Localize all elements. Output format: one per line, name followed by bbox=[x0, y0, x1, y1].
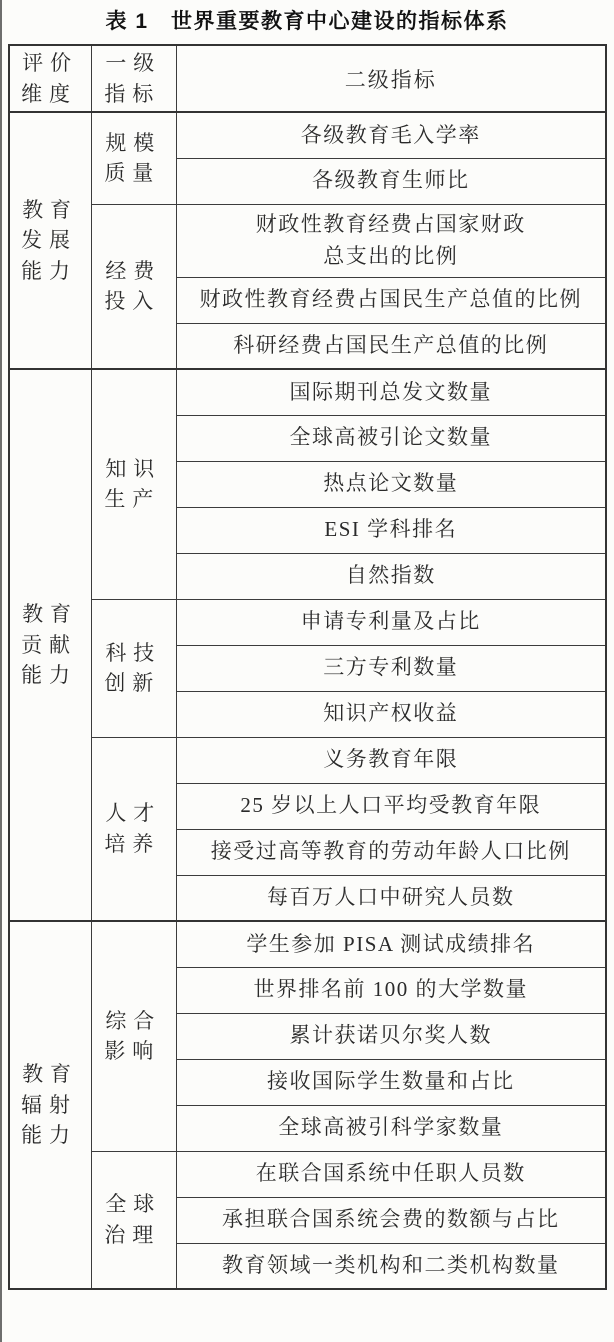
indicator-cell: 累计获诺贝尔奖人数 bbox=[176, 1013, 606, 1059]
indicator-cell: 接收国际学生数量和占比 bbox=[176, 1059, 606, 1105]
indicator-cell: 知识产权收益 bbox=[176, 691, 606, 737]
header-cell-dimension: 评价维度 bbox=[9, 45, 91, 112]
page: 表 1 世界重要教育中心建设的指标体系 评价维度 一级指标 二级指标 教育发展能… bbox=[0, 0, 614, 1342]
group-cell-funding: 经费投入 bbox=[91, 204, 176, 369]
indicator-label: 自然指数 bbox=[346, 563, 436, 587]
indicator-cell: 各级教育生师比 bbox=[176, 158, 606, 204]
group-label: 知识生产 bbox=[104, 454, 162, 515]
indicator-label: 每百万人口中研究人员数 bbox=[267, 885, 515, 909]
dimension-cell-contribution: 教育贡献能力 bbox=[9, 369, 91, 921]
dimension-cell-radiation: 教育辐射能力 bbox=[9, 921, 91, 1289]
group-cell-tech-innovation: 科技创新 bbox=[91, 599, 176, 737]
indicator-cell: 学生参加 PISA 测试成绩排名 bbox=[176, 921, 606, 967]
indicator-cell: 自然指数 bbox=[176, 553, 606, 599]
header-level2-label: 二级指标 bbox=[345, 68, 437, 92]
dimension-label: 教育发展能力 bbox=[21, 195, 79, 286]
dimension-cell-development: 教育发展能力 bbox=[9, 112, 91, 369]
indicator-label: 义务教育年限 bbox=[323, 747, 458, 771]
table-row: 人才培养 义务教育年限 bbox=[9, 737, 606, 783]
table-row: 教育辐射能力 综合影响 学生参加 PISA 测试成绩排名 bbox=[9, 921, 606, 967]
indicator-cell: 每百万人口中研究人员数 bbox=[176, 875, 606, 921]
dimension-label: 教育贡献能力 bbox=[21, 599, 79, 690]
indicator-label: 世界排名前 100 的大学数量 bbox=[254, 977, 529, 1001]
indicator-label: 知识产权收益 bbox=[323, 701, 458, 725]
indicator-label: 接收国际学生数量和占比 bbox=[267, 1069, 515, 1093]
indicator-cell: 全球高被引科学家数量 bbox=[176, 1105, 606, 1151]
indicator-label: 承担联合国系统会费的数额与占比 bbox=[222, 1207, 560, 1231]
indicator-cell: 热点论文数量 bbox=[176, 461, 606, 507]
table-row: 教育贡献能力 知识生产 国际期刊总发文数量 bbox=[9, 369, 606, 415]
group-cell-global-governance: 全球治理 bbox=[91, 1151, 176, 1289]
indicator-label: 全球高被引科学家数量 bbox=[278, 1115, 503, 1139]
dimension-label: 教育辐射能力 bbox=[21, 1059, 79, 1150]
group-cell-knowledge: 知识生产 bbox=[91, 369, 176, 599]
indicator-cell: 申请专利量及占比 bbox=[176, 599, 606, 645]
table-header-row: 评价维度 一级指标 二级指标 bbox=[9, 45, 606, 112]
group-label: 人才培养 bbox=[104, 798, 162, 859]
indicator-cell: 全球高被引论文数量 bbox=[176, 415, 606, 461]
header-dimension-label: 评价维度 bbox=[21, 48, 79, 109]
indicator-label: 财政性教育经费占国家财政 总支出的比例 bbox=[256, 212, 526, 268]
indicator-label: 全球高被引论文数量 bbox=[290, 425, 493, 449]
indicator-cell: 财政性教育经费占国家财政 总支出的比例 bbox=[176, 204, 606, 277]
header-cell-level1: 一级指标 bbox=[91, 45, 176, 112]
indicator-cell: 财政性教育经费占国民生产总值的比例 bbox=[176, 277, 606, 323]
indicator-cell: ESI 学科排名 bbox=[176, 507, 606, 553]
indicator-label: 累计获诺贝尔奖人数 bbox=[290, 1023, 493, 1047]
indicator-cell: 25 岁以上人口平均受教育年限 bbox=[176, 783, 606, 829]
indicator-cell: 科研经费占国民生产总值的比例 bbox=[176, 323, 606, 369]
indicator-cell: 承担联合国系统会费的数额与占比 bbox=[176, 1197, 606, 1243]
indicator-label: 财政性教育经费占国民生产总值的比例 bbox=[200, 287, 583, 311]
indicator-label: 国际期刊总发文数量 bbox=[290, 380, 493, 404]
group-label: 综合影响 bbox=[104, 1006, 162, 1067]
indicator-cell: 义务教育年限 bbox=[176, 737, 606, 783]
indicator-table: 评价维度 一级指标 二级指标 教育发展能力 规模质量 各级教育毛入学率 各级教育… bbox=[8, 44, 607, 1290]
indicator-cell: 在联合国系统中任职人员数 bbox=[176, 1151, 606, 1197]
header-cell-level2: 二级指标 bbox=[176, 45, 606, 112]
indicator-label: 教育领域一类机构和二类机构数量 bbox=[222, 1253, 560, 1277]
group-label: 科技创新 bbox=[104, 638, 162, 699]
group-label: 全球治理 bbox=[104, 1189, 162, 1250]
indicator-label: 热点论文数量 bbox=[323, 471, 458, 495]
indicator-cell: 接受过高等教育的劳动年龄人口比例 bbox=[176, 829, 606, 875]
indicator-label: 三方专利数量 bbox=[323, 655, 458, 679]
indicator-label: 科研经费占国民生产总值的比例 bbox=[233, 333, 548, 357]
group-label: 经费投入 bbox=[104, 256, 162, 317]
table-row: 教育发展能力 规模质量 各级教育毛入学率 bbox=[9, 112, 606, 158]
indicator-label: 申请专利量及占比 bbox=[301, 609, 481, 633]
table-row: 经费投入 财政性教育经费占国家财政 总支出的比例 bbox=[9, 204, 606, 277]
indicator-cell: 各级教育毛入学率 bbox=[176, 112, 606, 158]
group-cell-talent: 人才培养 bbox=[91, 737, 176, 921]
header-level1-label: 一级指标 bbox=[104, 48, 162, 109]
indicator-label: 接受过高等教育的劳动年龄人口比例 bbox=[211, 839, 571, 863]
indicator-label: 学生参加 PISA 测试成绩排名 bbox=[246, 932, 535, 956]
page-title: 表 1 世界重要教育中心建设的指标体系 bbox=[0, 0, 614, 35]
scan-edge-artifact bbox=[0, 0, 2, 1342]
indicator-label: 各级教育毛入学率 bbox=[301, 123, 481, 147]
indicator-cell: 教育领域一类机构和二类机构数量 bbox=[176, 1243, 606, 1289]
group-cell-scale-quality: 规模质量 bbox=[91, 112, 176, 204]
group-cell-influence: 综合影响 bbox=[91, 921, 176, 1151]
indicator-label: ESI 学科排名 bbox=[324, 517, 457, 541]
group-label: 规模质量 bbox=[104, 128, 162, 189]
indicator-cell: 世界排名前 100 的大学数量 bbox=[176, 967, 606, 1013]
indicator-cell: 三方专利数量 bbox=[176, 645, 606, 691]
indicator-label: 各级教育生师比 bbox=[312, 168, 470, 192]
table-row: 全球治理 在联合国系统中任职人员数 bbox=[9, 1151, 606, 1197]
indicator-label: 在联合国系统中任职人员数 bbox=[256, 1161, 526, 1185]
indicator-cell: 国际期刊总发文数量 bbox=[176, 369, 606, 415]
indicator-label: 25 岁以上人口平均受教育年限 bbox=[240, 793, 541, 817]
table-row: 科技创新 申请专利量及占比 bbox=[9, 599, 606, 645]
